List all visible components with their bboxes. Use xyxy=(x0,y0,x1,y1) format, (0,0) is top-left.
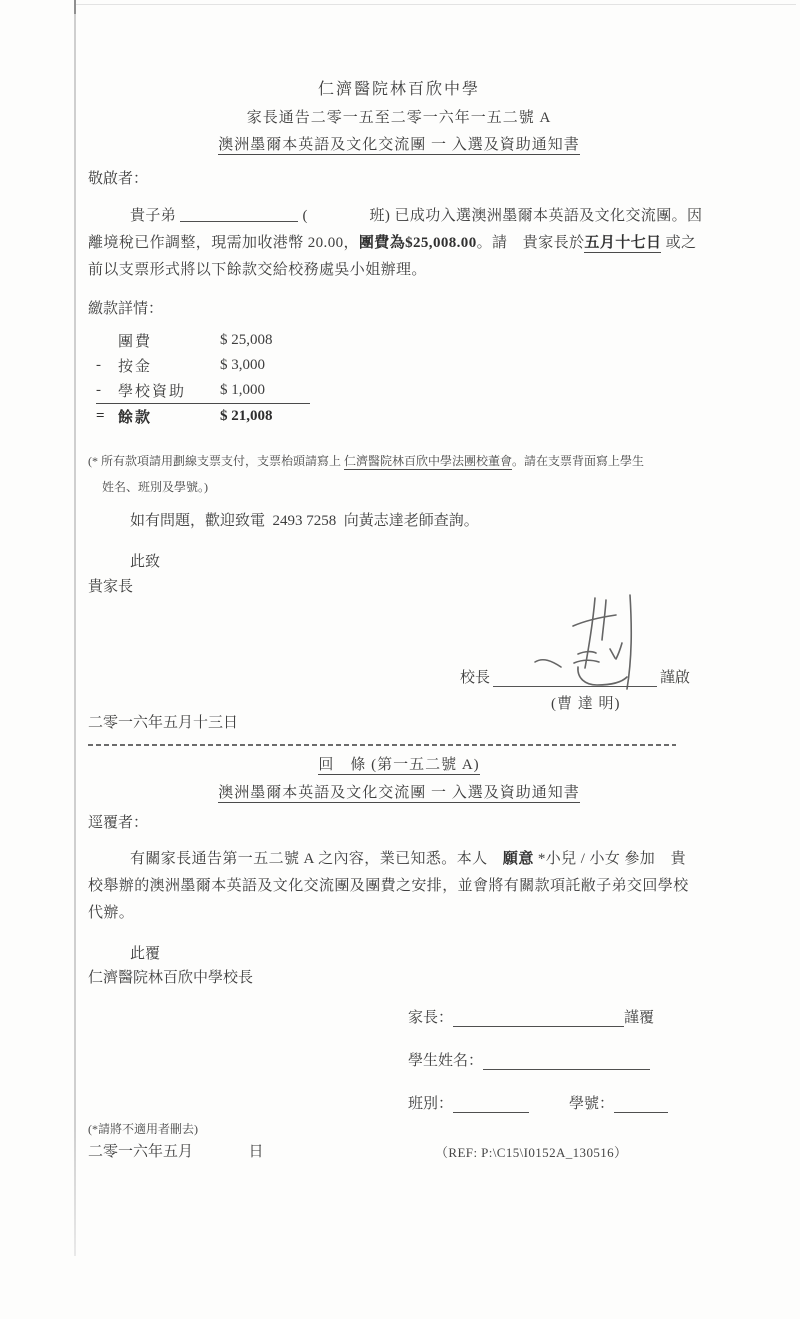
payment-heading: 繳款詳情： xyxy=(88,297,163,318)
principal-signature-line xyxy=(493,668,657,687)
paragraph-line: 前以支票形式將以下餘款交給校務處吳小姐辦理。 xyxy=(88,257,716,284)
tear-line xyxy=(88,744,676,746)
class-label: 班別： xyxy=(408,1092,453,1113)
body-paragraph-1: 貴子弟 ( 班) 已成功入選澳洲墨爾本英語及文化交流團。因 離境稅已作調整，現需… xyxy=(88,203,716,284)
reply-closing-phrase: 此覆 xyxy=(130,942,160,963)
payment-total-row: = 餘款 $ 21,008 xyxy=(96,404,340,429)
school-name: 仁濟醫院林百欣中學 xyxy=(88,76,710,99)
row-amount: $ 25,008 xyxy=(220,332,340,349)
respectfully-label: 謹啟 xyxy=(660,666,690,687)
text-run: (* 所有款項請用劃線支票支付，支票枱頭請寫上 xyxy=(88,454,344,468)
reply-slip-header: 回 條 (第一五二號 A) 澳洲墨爾本英語及文化交流團 一 入選及資助通知書 xyxy=(88,753,710,802)
payment-row: - 學校資助 $ 1,000 xyxy=(96,378,340,403)
cheque-note: (* 所有款項請用劃線支票支付，支票枱頭請寫上 仁濟醫院林百欣中學法團校董會。請… xyxy=(88,448,728,500)
agree-emphasis: 願意 xyxy=(503,851,534,867)
student-no-label: 學號： xyxy=(569,1092,614,1113)
salutation: 敬啟者： xyxy=(88,167,148,188)
paragraph-line: 校舉辦的澳洲墨爾本英語及文化交流團及團費之安排，並會將有關款項託敝子弟交回學校 xyxy=(88,873,716,900)
row-operator: = xyxy=(96,408,118,425)
row-amount: $ 21,008 xyxy=(220,408,340,425)
scanned-letter-page: 仁濟醫院林百欣中學 家長通告二零一五至二零一六年一五二號 A 澳洲墨爾本英語及文… xyxy=(0,0,800,1319)
row-amount: $ 1,000 xyxy=(220,382,340,399)
parent-label: 家長： xyxy=(408,1006,453,1027)
payment-row: - 按金 $ 3,000 xyxy=(96,353,340,378)
text-run: 貴子弟 xyxy=(130,208,180,224)
class-and-number-field: 班別： 學號： xyxy=(408,1092,668,1113)
letterhead: 仁濟醫院林百欣中學 家長通告二零一五至二零一六年一五二號 A 澳洲墨爾本英語及文… xyxy=(88,76,710,154)
reply-salutation: 逕覆者： xyxy=(88,811,148,832)
text-run: 有關家長通告第一五二號 A 之內容，業已知悉。本人 xyxy=(130,851,503,867)
paragraph-line: 代辦。 xyxy=(88,900,716,927)
row-operator: - xyxy=(96,357,118,374)
note-line: 姓名、班別及學號。) xyxy=(88,474,728,500)
class-blank xyxy=(453,1096,529,1113)
parent-sign-field: 家長： 謹覆 xyxy=(408,1006,654,1027)
paragraph-line: 有關家長通告第一五二號 A 之內容，業已知悉。本人 願意 *小兒 / 小女 參加… xyxy=(88,846,716,873)
class-blank-parens: ( 班) xyxy=(298,208,394,224)
text-run: 。請在支票背面寫上學生 xyxy=(512,454,644,468)
payment-table: 團費 $ 25,008 - 按金 $ 3,000 - 學校資助 $ 1,000 … xyxy=(96,328,340,429)
reply-date-month: 二零一六年五月 xyxy=(88,1144,193,1160)
delete-note: (*請將不適用者刪去) xyxy=(88,1120,198,1137)
deadline-emphasis: 五月十七日 xyxy=(584,235,661,253)
payee-name: 仁濟醫院林百欣中學法團校董會 xyxy=(344,454,512,470)
notice-number: 家長通告二零一五至二零一六年一五二號 A xyxy=(88,106,710,127)
student-no-blank xyxy=(614,1096,668,1113)
contact-line: 如有問題，歡迎致電 2493 7258 向黃志達老師查詢。 xyxy=(130,509,479,530)
paragraph-line: 離境稅已作調整，現需加收港幣 20.00，團費為$25,008.00。請 貴家長… xyxy=(88,230,716,257)
note-line: (* 所有款項請用劃線支票支付，支票枱頭請寫上 仁濟醫院林百欣中學法團校董會。請… xyxy=(88,448,728,474)
fee-amount-emphasis: 團費為$25,008.00 xyxy=(359,235,477,251)
student-name-field: 學生姓名： xyxy=(408,1049,650,1070)
paragraph-line: 貴子弟 ( 班) 已成功入選澳洲墨爾本英語及文化交流團。因 xyxy=(88,203,716,230)
reply-subject-line: 澳洲墨爾本英語及文化交流團 一 入選及資助通知書 xyxy=(218,785,580,803)
text-run: 已成功入選澳洲墨爾本英語及文化交流團。因 xyxy=(394,208,702,224)
principal-name: (曹 達 明) xyxy=(551,692,621,713)
student-name-blank xyxy=(483,1053,650,1070)
reply-body: 有關家長通告第一五二號 A 之內容，業已知悉。本人 願意 *小兒 / 小女 參加… xyxy=(88,846,716,927)
text-run: 貴 xyxy=(671,851,686,867)
issue-date: 二零一六年五月十三日 xyxy=(88,711,238,732)
principal-signature-block: 校長 謹啟 xyxy=(460,666,690,687)
reply-addressee: 仁濟醫院林百欣中學校長 xyxy=(88,966,253,987)
reply-date-day: 日 xyxy=(249,1144,264,1160)
student-name-blank xyxy=(180,205,298,222)
ref-number: （REF: P:\C15\I0152A_130516） xyxy=(435,1142,627,1161)
row-label: 學校資助 xyxy=(118,380,220,401)
subject-line: 澳洲墨爾本英語及文化交流團 一 入選及資助通知書 xyxy=(218,137,580,155)
row-label: 按金 xyxy=(118,355,220,376)
reply-date-line: 二零一六年五月 日 xyxy=(88,1140,264,1161)
row-label: 團費 xyxy=(118,330,220,351)
row-label: 餘款 xyxy=(118,406,220,427)
row-operator: - xyxy=(96,382,118,399)
scan-page-edge-horizontal xyxy=(76,4,796,5)
parent-sign-blank xyxy=(453,1010,624,1027)
scan-page-edge-vertical xyxy=(74,0,76,1256)
reply-slip-title: 回 條 (第一五二號 A) xyxy=(318,757,479,775)
closing-phrase: 此致 xyxy=(130,550,160,571)
row-amount: $ 3,000 xyxy=(220,357,340,374)
student-name-label: 學生姓名： xyxy=(408,1049,483,1070)
text-run: 。請 貴家長於 xyxy=(477,235,585,251)
text-run: 或之 xyxy=(661,235,696,251)
text-run: *小兒 / 小女 參加 xyxy=(534,851,671,867)
principal-label: 校長 xyxy=(460,666,490,687)
text-run: 離境稅已作調整，現需加收港幣 20.00， xyxy=(88,235,359,251)
payment-row: 團費 $ 25,008 xyxy=(96,328,340,353)
reply-respectfully-label: 謹覆 xyxy=(624,1006,654,1027)
recipient: 貴家長 xyxy=(88,575,133,596)
